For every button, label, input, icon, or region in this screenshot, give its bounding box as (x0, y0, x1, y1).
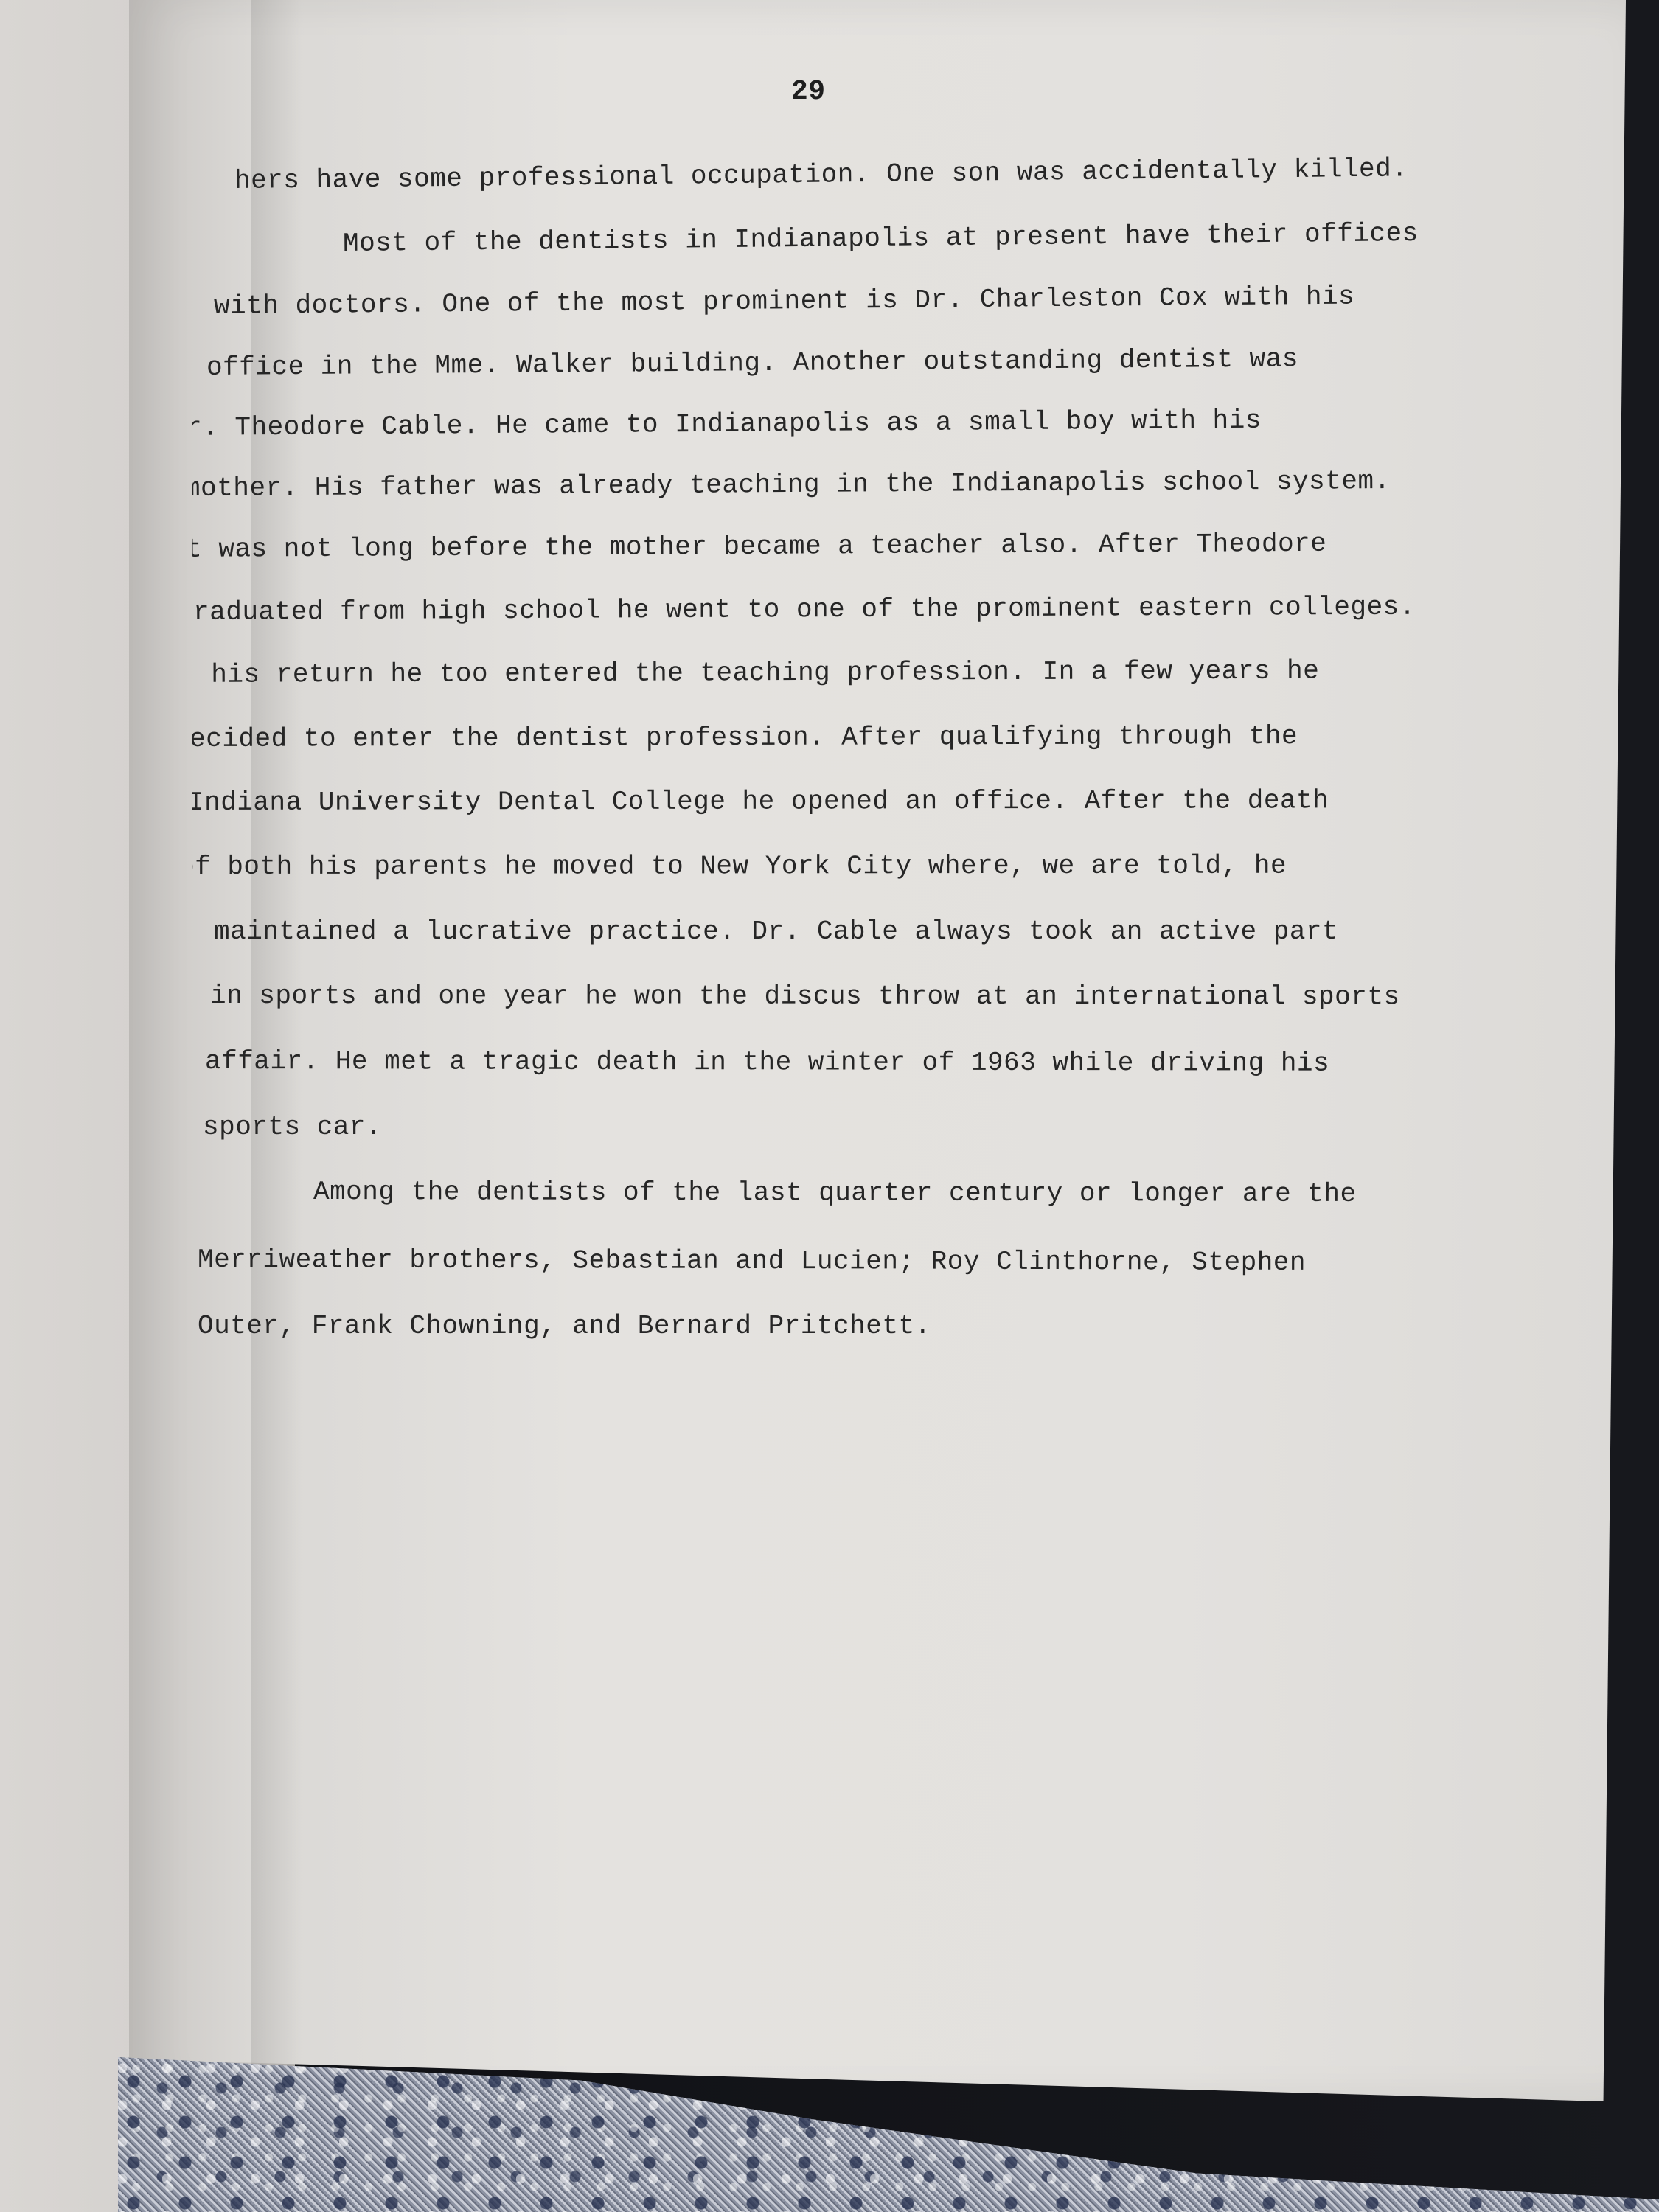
text-line-18: Merriweather brothers, Sebastian and Luc… (198, 1245, 1306, 1278)
line-text: hers have some professional occupation. … (234, 153, 1408, 196)
line-text: affair. He met a tragic death in the win… (205, 1046, 1329, 1079)
line-text: Outer, Frank Chowning, and Bernard Pritc… (198, 1311, 931, 1341)
line-text: of both his parents he moved to New York… (192, 851, 1287, 882)
text-line-3: with doctors. One of the most prominent … (214, 281, 1355, 321)
line-text: On his return he too entered the teachin… (192, 656, 1319, 690)
line-text: mother. His father was already teaching … (192, 466, 1391, 504)
line-text: It was not long before the mother became… (192, 529, 1326, 565)
text-line-2: Most of the dentists in Indianapolis at … (343, 218, 1419, 259)
line-text: sports car. (203, 1112, 382, 1142)
line-text: in sports and one year he won the discus… (210, 981, 1400, 1012)
text-line-12: of both his parents he moved to New York… (192, 851, 1287, 882)
line-text: office in the Mme. Walker building. Anot… (206, 344, 1298, 383)
text-line-5: Dr. Theodore Cable. He came to Indianapo… (192, 406, 1262, 443)
line-text: Among the dentists of the last quarter c… (313, 1177, 1357, 1209)
typed-text: 29 hers have some professional occupatio… (0, 0, 1659, 2212)
line-text: maintained a lucrative practice. Dr. Cab… (214, 917, 1338, 947)
line-text: with doctors. One of the most prominent … (214, 281, 1355, 321)
line-text: decided to enter the dentist profession.… (192, 721, 1298, 754)
line-text: Merriweather brothers, Sebastian and Luc… (198, 1245, 1306, 1278)
text-line-19: Outer, Frank Chowning, and Bernard Pritc… (198, 1311, 931, 1341)
line-text: Most of the dentists in Indianapolis at … (343, 218, 1419, 259)
text-line-17: Among the dentists of the last quarter c… (313, 1177, 1357, 1209)
text-line-13: maintained a lucrative practice. Dr. Cab… (214, 917, 1338, 947)
line-text: Dr. Theodore Cable. He came to Indianapo… (192, 406, 1262, 443)
text-line-8: graduated from high school he went to on… (192, 592, 1416, 627)
text-line-10: decided to enter the dentist profession.… (192, 721, 1298, 754)
line-text: Indiana University Dental College he ope… (192, 785, 1329, 818)
text-line-15: affair. He met a tragic death in the win… (205, 1046, 1329, 1079)
text-line-11: Indiana University Dental College he ope… (192, 785, 1329, 818)
text-line-6: mother. His father was already teaching … (192, 466, 1391, 504)
text-clip-region: hers have some professional occupation. … (192, 0, 1659, 2212)
text-line-4: office in the Mme. Walker building. Anot… (206, 344, 1298, 383)
line-text: graduated from high school he went to on… (192, 592, 1416, 627)
text-line-7: It was not long before the mother became… (192, 529, 1326, 565)
text-line-9: On his return he too entered the teachin… (192, 656, 1319, 690)
text-line-1: hers have some professional occupation. … (234, 153, 1408, 196)
text-line-16: sports car. (203, 1112, 382, 1142)
text-line-14: in sports and one year he won the discus… (210, 981, 1400, 1012)
